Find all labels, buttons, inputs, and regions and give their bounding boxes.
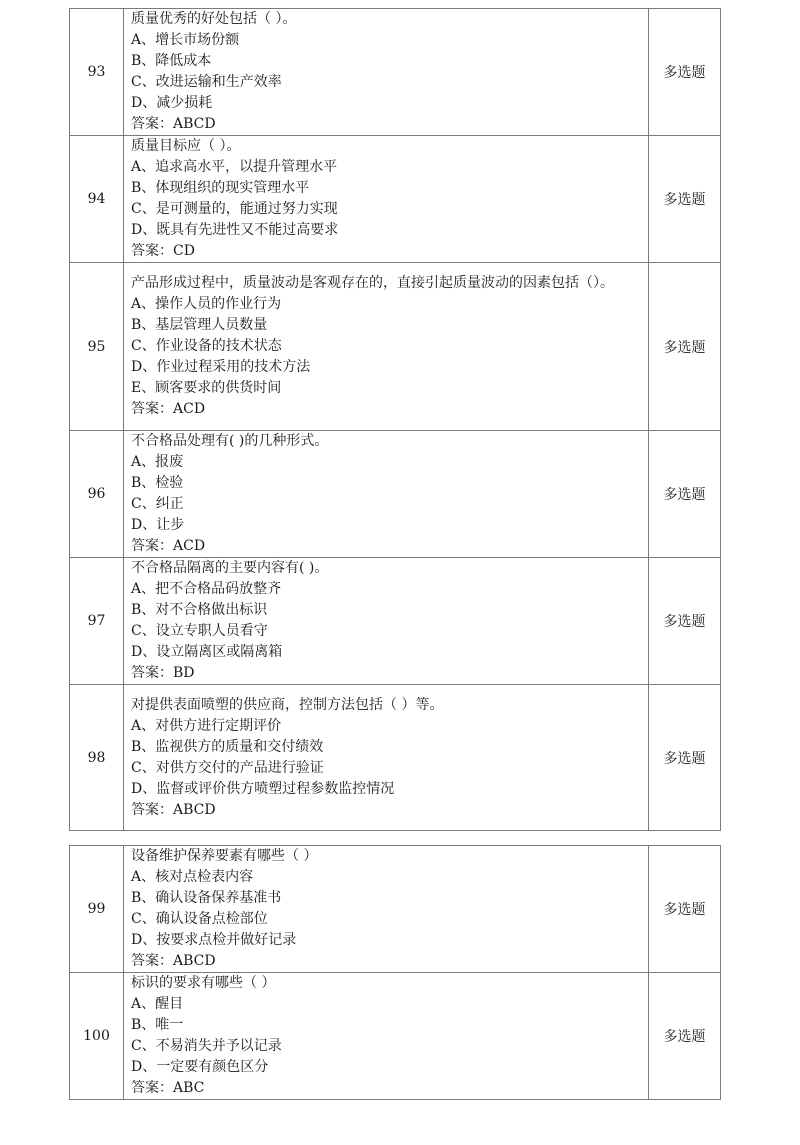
question-body: 设备维护保养要素有哪些（ ） A、核对点检表内容 B、确认设备保养基准书 C、确… [124,846,649,973]
question-body: 不合格品隔离的主要内容有( )。 A、把不合格品码放整齐 B、对不合格做出标识 … [124,558,649,685]
option: B、唯一 [131,1015,644,1036]
option: A、操作人员的作业行为 [131,294,644,315]
question-number: 93 [70,9,124,136]
option: D、作业过程采用的技术方法 [131,357,644,378]
question-type: 多选题 [649,431,721,558]
option: C、对供方交付的产品进行验证 [131,758,644,779]
question-table-1: 93 质量优秀的好处包括（ ）。 A、增长市场份额 B、降低成本 C、改进运输和… [69,8,721,831]
option: A、醒目 [131,994,644,1015]
answer: 答案：ABCD [131,951,644,972]
option: B、检验 [131,473,644,494]
option: B、确认设备保养基准书 [131,888,644,909]
question-number: 96 [70,431,124,558]
option: C、确认设备点检部位 [131,909,644,930]
option: A、报废 [131,452,644,473]
option: D、按要求点检并做好记录 [131,930,644,951]
option: A、增长市场份额 [131,30,644,51]
question-type: 多选题 [649,136,721,263]
option: A、核对点检表内容 [131,867,644,888]
table-row: 96 不合格品处理有( )的几种形式。 A、报废 B、检验 C、纠正 D、让步 … [70,431,721,558]
question-stem: 标识的要求有哪些（ ） [131,973,644,994]
question-body: 标识的要求有哪些（ ） A、醒目 B、唯一 C、不易消失并予以记录 D、一定要有… [124,973,649,1100]
option: A、追求高水平，以提升管理水平 [131,157,644,178]
option: A、对供方进行定期评价 [131,716,644,737]
option: B、降低成本 [131,51,644,72]
option: C、不易消失并予以记录 [131,1036,644,1057]
option: C、是可测量的，能通过努力实现 [131,199,644,220]
answer: 答案：ABCD [131,800,644,821]
question-number: 97 [70,558,124,685]
option: C、作业设备的技术状态 [131,336,644,357]
question-table-2: 99 设备维护保养要素有哪些（ ） A、核对点检表内容 B、确认设备保养基准书 … [69,845,721,1100]
option: C、改进运输和生产效率 [131,72,644,93]
answer: 答案：ABC [131,1078,644,1099]
question-number: 95 [70,263,124,431]
question-number: 98 [70,685,124,831]
option: B、对不合格做出标识 [131,600,644,621]
option: D、监督或评价供方喷塑过程参数监控情况 [131,779,644,800]
answer: 答案：ABCD [131,114,644,135]
answer: 答案：ACD [131,536,644,557]
option: A、把不合格品码放整齐 [131,579,644,600]
table-row: 95 产品形成过程中，质量波动是客观存在的，直接引起质量波动的因素包括（）。 A… [70,263,721,431]
option: E、顾客要求的供货时间 [131,378,644,399]
question-body: 对提供表面喷塑的供应商，控制方法包括（ ）等。 A、对供方进行定期评价 B、监视… [124,685,649,831]
option: C、纠正 [131,494,644,515]
option: D、让步 [131,515,644,536]
option: D、一定要有颜色区分 [131,1057,644,1078]
option: B、监视供方的质量和交付绩效 [131,737,644,758]
question-number: 99 [70,846,124,973]
option: D、减少损耗 [131,93,644,114]
question-number: 94 [70,136,124,263]
question-type: 多选题 [649,9,721,136]
question-stem: 质量目标应（ ）。 [131,136,644,157]
question-stem: 不合格品隔离的主要内容有( )。 [131,558,644,579]
answer: 答案：ACD [131,399,644,420]
question-type: 多选题 [649,558,721,685]
table-row: 98 对提供表面喷塑的供应商，控制方法包括（ ）等。 A、对供方进行定期评价 B… [70,685,721,831]
answer: 答案：BD [131,663,644,684]
question-number: 100 [70,973,124,1100]
answer: 答案：CD [131,241,644,262]
table-row: 93 质量优秀的好处包括（ ）。 A、增长市场份额 B、降低成本 C、改进运输和… [70,9,721,136]
question-stem: 对提供表面喷塑的供应商，控制方法包括（ ）等。 [131,695,644,716]
question-stem: 产品形成过程中，质量波动是客观存在的，直接引起质量波动的因素包括（）。 [131,273,644,294]
question-body: 质量目标应（ ）。 A、追求高水平，以提升管理水平 B、体现组织的现实管理水平 … [124,136,649,263]
question-type: 多选题 [649,263,721,431]
question-type: 多选题 [649,973,721,1100]
question-type: 多选题 [649,846,721,973]
table-row: 99 设备维护保养要素有哪些（ ） A、核对点检表内容 B、确认设备保养基准书 … [70,846,721,973]
question-stem: 质量优秀的好处包括（ ）。 [131,9,644,30]
question-type: 多选题 [649,685,721,831]
question-stem: 设备维护保养要素有哪些（ ） [131,846,644,867]
option: B、基层管理人员数量 [131,315,644,336]
option: D、既具有先进性又不能过高要求 [131,220,644,241]
table-row: 94 质量目标应（ ）。 A、追求高水平，以提升管理水平 B、体现组织的现实管理… [70,136,721,263]
question-body: 不合格品处理有( )的几种形式。 A、报废 B、检验 C、纠正 D、让步 答案：… [124,431,649,558]
question-stem: 不合格品处理有( )的几种形式。 [131,431,644,452]
table-row: 100 标识的要求有哪些（ ） A、醒目 B、唯一 C、不易消失并予以记录 D、… [70,973,721,1100]
option: C、设立专职人员看守 [131,621,644,642]
option: B、体现组织的现实管理水平 [131,178,644,199]
option: D、设立隔离区或隔离箱 [131,642,644,663]
question-body: 产品形成过程中，质量波动是客观存在的，直接引起质量波动的因素包括（）。 A、操作… [124,263,649,431]
question-body: 质量优秀的好处包括（ ）。 A、增长市场份额 B、降低成本 C、改进运输和生产效… [124,9,649,136]
table-row: 97 不合格品隔离的主要内容有( )。 A、把不合格品码放整齐 B、对不合格做出… [70,558,721,685]
